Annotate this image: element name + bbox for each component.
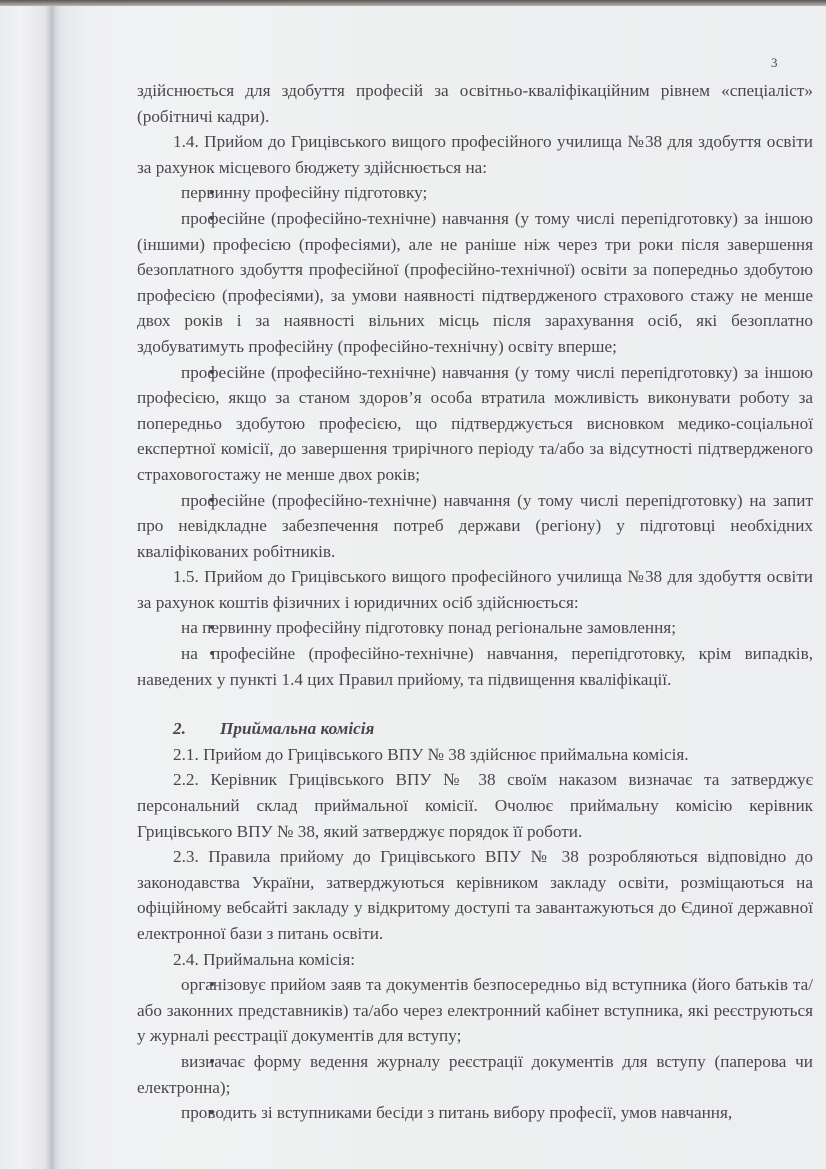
section-heading: 2.Приймальна комісія: [137, 716, 813, 742]
paragraph-text: 1.4. Прийом до Грицівського вищого профе…: [137, 132, 813, 177]
numbered-clause: 1.4. Прийом до Грицівського вищого профе…: [137, 129, 813, 180]
paragraph-text: 2.2. Керівник Грицівського ВПУ № 38 свої…: [137, 770, 813, 840]
paragraph-text: професійне (професійно-технічне) навчанн…: [137, 363, 813, 484]
paragraph-text: професійне (професійно-технічне) навчанн…: [137, 491, 813, 561]
paragraph-text: здійснюється для здобуття професій за ос…: [137, 81, 813, 126]
document-body: здійснюється для здобуття професій за ос…: [137, 78, 813, 1126]
paragraph-text: 2.4. Приймальна комісія:: [173, 950, 355, 969]
paragraph-text: на первинну професійну підготовку понад …: [181, 618, 676, 637]
bullet-item: •визначає форму ведення журналу реєстрац…: [137, 1049, 813, 1100]
bullet-icon: •: [173, 1100, 181, 1126]
bullet-icon: •: [173, 615, 181, 641]
bullet-item: •професійне (професійно-технічне) навчан…: [137, 488, 813, 565]
paragraph-text: організовує прийом заяв та документів бе…: [137, 975, 813, 1045]
bullet-icon: •: [173, 972, 181, 998]
numbered-clause: 2.2. Керівник Грицівського ВПУ № 38 свої…: [137, 767, 813, 844]
paragraph-text: на професійне (професійно-технічне) навч…: [137, 644, 813, 689]
bullet-item: •організовує прийом заяв та документів б…: [137, 972, 813, 1049]
bullet-item: •професійне (професійно-технічне) навчан…: [137, 360, 813, 488]
paragraph-text: проводить зі вступниками бесіди з питань…: [181, 1103, 732, 1122]
document-page: 3 здійснюється для здобуття професій за …: [0, 0, 826, 1169]
paragraph-text: первинну професійну підготовку;: [181, 183, 427, 202]
section-number: 2.: [173, 716, 220, 742]
numbered-clause: 2.1. Прийом до Грицівського ВПУ № 38 зді…: [137, 742, 813, 768]
bullet-icon: •: [173, 360, 181, 386]
bullet-icon: •: [173, 180, 181, 206]
section-title: Приймальна комісія: [220, 719, 374, 738]
bullet-icon: •: [173, 488, 181, 514]
bullet-icon: •: [173, 1049, 181, 1075]
paragraph-text: 2.1. Прийом до Грицівського ВПУ № 38 зді…: [173, 745, 689, 764]
section-2-body: 2.1. Прийом до Грицівського ВПУ № 38 зді…: [137, 742, 813, 1126]
paragraph: здійснюється для здобуття професій за ос…: [137, 78, 813, 129]
bullet-item: •на первинну професійну підготовку понад…: [137, 615, 813, 641]
numbered-clause: 1.5. Прийом до Грицівського вищого профе…: [137, 564, 813, 615]
paragraph-text: 2.3. Правила прийому до Грицівського ВПУ…: [137, 847, 813, 943]
bullet-item: •первинну професійну підготовку;: [137, 180, 813, 206]
bullet-item: •проводить зі вступниками бесіди з питан…: [137, 1100, 813, 1126]
paragraph-text: 1.5. Прийом до Грицівського вищого профе…: [137, 567, 813, 612]
page-number: 3: [771, 55, 778, 71]
bullet-icon: •: [173, 641, 181, 667]
paragraph-text: професійне (професійно-технічне) навчанн…: [137, 209, 813, 356]
bullet-item: •на професійне (професійно-технічне) нав…: [137, 641, 813, 692]
numbered-clause: 2.4. Приймальна комісія:: [137, 947, 813, 973]
bullet-item: •професійне (професійно-технічне) навчан…: [137, 206, 813, 360]
bullet-icon: •: [173, 206, 181, 232]
section-1-continuation: здійснюється для здобуття професій за ос…: [137, 78, 813, 692]
paragraph-text: визначає форму ведення журналу реєстраці…: [137, 1052, 813, 1097]
numbered-clause: 2.3. Правила прийому до Грицівського ВПУ…: [137, 844, 813, 946]
